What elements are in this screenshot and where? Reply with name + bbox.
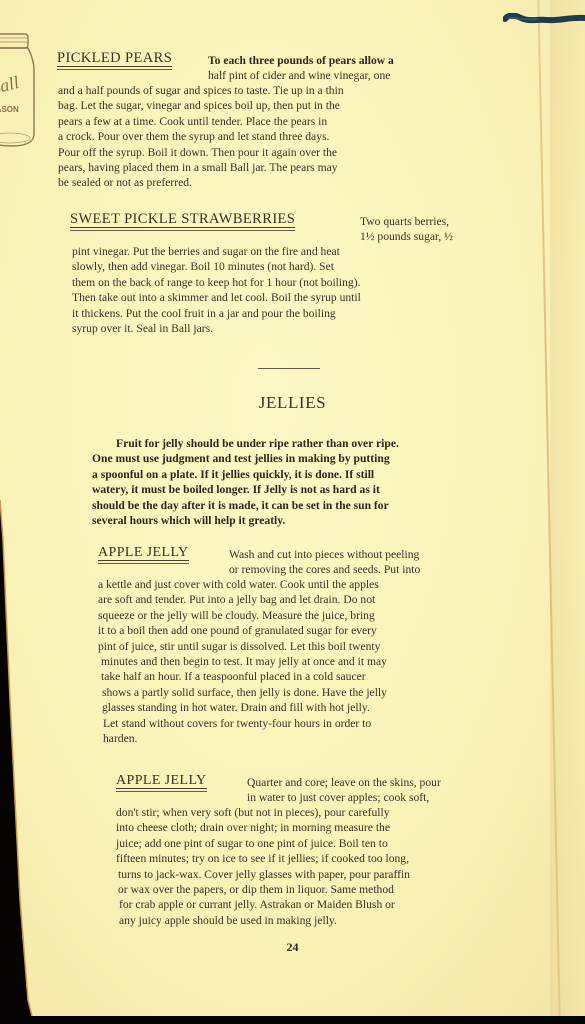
recipe-line: 1½ pounds sugar, ½ [360,229,453,244]
intro-line: Fruit for jelly should be under ripe rat… [92,436,532,451]
recipe-title: APPLE JELLY [98,545,189,560]
recipe-apple-jelly-2: APPLE JELLY Quarter and core; leave on t… [116,773,556,788]
jellies-intro: Fruit for jelly should be under ripe rat… [92,436,532,528]
recipe-title: PICKLED PEARS [57,51,172,66]
recipe-line: take half an hour. If a teaspoonful plac… [98,669,387,684]
recipe-pickled-pears: PICKLED PEARS To each three pounds of pe… [57,51,497,66]
recipe-line: Two quarts berries, [360,214,449,229]
recipe-line: are soft and tender. Put into a jelly ba… [98,592,387,607]
recipe-line: pint vinegar. Put the berries and sugar … [72,244,361,259]
recipe-line: it thickens. Put the cool fruit in a jar… [72,306,361,321]
recipe-line: minutes and then begin to test. It may j… [98,654,387,669]
intro-line: a spoonful on a plate. If it jellies qui… [92,467,532,482]
recipe-line: or removing the cores and seeds. Put int… [229,562,420,577]
recipe-line: turns to jack-wax. Cover jelly glasses w… [116,867,410,882]
recipe-line: for crab apple or currant jelly. Astraka… [116,897,410,912]
section-divider-rule [258,368,320,369]
recipe-line: To each three pounds of pears allow a [208,53,394,68]
recipe-line: into cheese cloth; drain over night; in … [116,820,410,835]
svg-text:MASON: MASON [0,105,19,114]
recipe-line: them on the back of range to keep hot fo… [72,275,361,290]
recipe-line: Then take out into a skimmer and let coo… [72,290,361,305]
recipe-line: Pour off the syrup. Boil it down. Then p… [58,145,344,160]
recipe-line: a crock. Pour over them the syrup and le… [58,129,344,144]
intro-line: One must use judgment and test jellies i… [92,451,532,466]
recipe-line: any juicy apple should be used in making… [116,913,410,928]
section-heading: JELLIES [0,393,585,413]
recipe-line: harden. [98,731,387,746]
book-page: Ball MASON PICKLED PEARS To each three p… [0,0,585,1016]
svg-text:Ball: Ball [0,72,21,99]
recipe-line: and a half pounds of sugar and spices to… [58,83,344,98]
recipe-line: half pint of cider and wine vinegar, one [208,68,390,83]
page-number: 24 [0,940,585,955]
recipe-title: SWEET PICKLE STRAWBERRIES [70,212,295,227]
recipe-line: Let stand without covers for twenty-four… [98,716,387,731]
recipe-line: slowly, then add vinegar. Boil 10 minute… [72,259,361,274]
recipe-line: glasses standing in hot water. Drain and… [98,700,387,715]
recipe-line: shows a partly solid surface, then jelly… [98,685,387,700]
intro-line: should be the day after it is made, it c… [92,498,532,513]
recipe-line: in water to just cover apples; cook soft… [247,790,429,805]
intro-line: several hours which will help it greatly… [92,513,532,528]
recipe-line: it to a boil then add one pound of granu… [98,623,387,638]
recipe-apple-jelly-1: APPLE JELLY Wash and cut into pieces wit… [98,545,538,560]
intro-line: watery, it must be boiled longer. If Jel… [92,482,532,497]
recipe-line: pears a few at a time. Cook until tender… [58,114,344,129]
recipe-line: juice; add one pint of sugar to one pint… [116,836,410,851]
binding-thread-icon [503,13,585,27]
recipe-title: APPLE JELLY [116,773,207,788]
recipe-line: bag. Let the sugar, vinegar and spices b… [58,98,344,113]
recipe-line: pears, having placed them in a small Bal… [58,160,344,175]
recipe-line: be sealed or not as preferred. [58,175,344,190]
recipe-line: don't stir; when very soft (but not in p… [116,805,410,820]
recipe-line: Quarter and core; leave on the skins, po… [247,775,441,790]
recipe-line: or wax over the papers, or dip them in l… [116,882,410,897]
recipe-line: Wash and cut into pieces without peeling [229,547,419,562]
recipe-line: syrup over it. Seal in Ball jars. [72,321,361,336]
recipe-line: fifteen minutes; try on ice to see if it… [116,851,410,866]
recipe-line: squeeze or the jelly will be cloudy. Mea… [98,608,387,623]
recipe-sweet-pickle-strawberries: SWEET PICKLE STRAWBERRIES Two quarts ber… [70,212,510,227]
recipe-line: a kettle and just cover with cold water.… [98,577,387,592]
mason-jar-icon: Ball MASON [0,30,44,150]
scanned-page-scene: Ball MASON PICKLED PEARS To each three p… [0,0,585,1024]
recipe-line: pint of juice, stir until sugar is disso… [98,639,387,654]
